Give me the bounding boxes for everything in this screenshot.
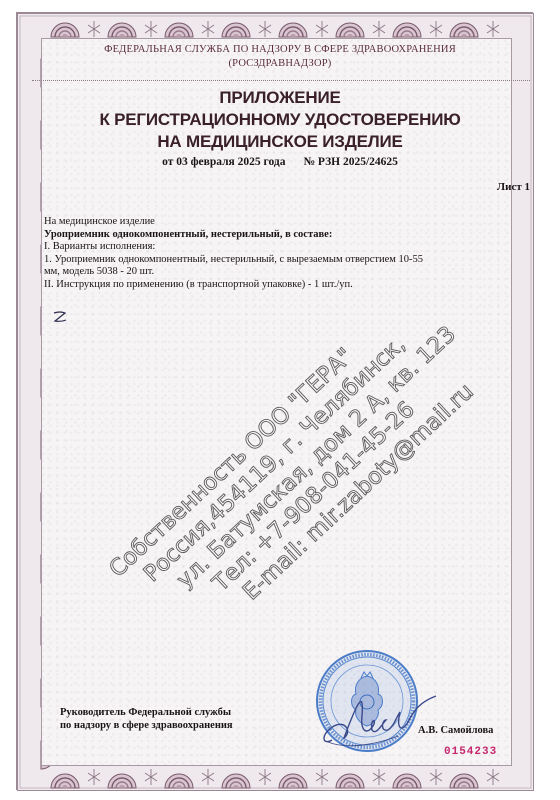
variant-item-1-line1: 1. Уроприемник однокомпонентный, нестери…: [44, 254, 464, 267]
header-separator: [32, 80, 530, 81]
document-number: № РЗН 2025/24625: [303, 156, 397, 168]
serial-number: 0154233: [444, 746, 497, 758]
signer-position-line2: по надзору в сфере здравоохранения: [60, 719, 233, 732]
handwritten-z-mark: [52, 311, 68, 323]
signer-position-line1: Руководитель Федеральной службы: [60, 706, 233, 719]
section-instructions: II. Инструкция по применению (в транспор…: [44, 279, 464, 292]
document-subtitle-line2: НА МЕДИЦИНСКОЕ ИЗДЕЛИЕ: [0, 132, 560, 152]
agency-abbreviation: (РОСЗДРАВНАДЗОР): [0, 58, 560, 69]
signer-position: Руководитель Федеральной службы по надзо…: [60, 706, 233, 732]
intro-text: На медицинское изделие: [44, 216, 464, 229]
document-title: ПРИЛОЖЕНИЕ: [0, 88, 560, 108]
document-date-number: от 03 февраля 2025 года№ РЗН 2025/24625: [0, 156, 560, 168]
sheet-number: Лист 1: [497, 181, 530, 193]
section-variants: I. Варианты исполнения:: [44, 241, 464, 254]
document-subtitle-line1: К РЕГИСТРАЦИОННОМУ УДОСТОВЕРЕНИЮ: [0, 110, 560, 130]
product-name: Уроприемник однокомпонентный, нестерильн…: [44, 229, 464, 242]
variant-item-1-line2: мм, модель 5038 - 20 шт.: [44, 266, 464, 279]
signer-name: А.В. Самойлова: [418, 725, 493, 736]
agency-name: ФЕДЕРАЛЬНАЯ СЛУЖБА ПО НАДЗОРУ В СФЕРЕ ЗД…: [0, 44, 560, 55]
handwritten-signature: [318, 680, 438, 750]
document-date: от 03 февраля 2025 года: [162, 156, 285, 168]
device-description: На медицинское изделие Уроприемник однок…: [44, 216, 464, 291]
